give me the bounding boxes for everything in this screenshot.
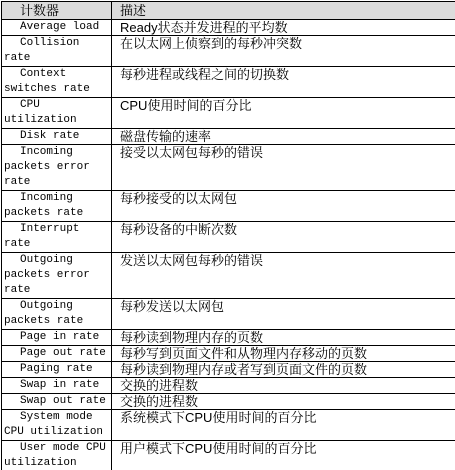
counter-description: 每秒接受的以太网包 xyxy=(112,191,455,222)
counter-description: 用户模式下CPU使用时间的百分比 xyxy=(112,441,455,470)
description-column-header: 描述 xyxy=(112,2,455,20)
counter-name: System mode CPU utilization xyxy=(2,410,112,441)
table-row: User mode CPU utilization 用户模式下CPU使用时间的百… xyxy=(2,441,455,470)
performance-counters-table: 计数器 描述 Average load Ready状态并发进程的平均数 Coll… xyxy=(1,1,455,470)
table-row: Interrupt rate 每秒设备的中断次数 xyxy=(2,222,455,253)
table-body: Average load Ready状态并发进程的平均数 Collision r… xyxy=(2,20,455,470)
counter-name: Disk rate xyxy=(2,129,112,145)
table-row: Average load Ready状态并发进程的平均数 xyxy=(2,20,455,36)
table-row: CPU utilization CPU使用时间的百分比 xyxy=(2,98,455,129)
counter-name: Outgoing packets rate xyxy=(2,299,112,330)
table-row: Collision rate 在以太网上侦察到的每秒冲突数 xyxy=(2,36,455,67)
counter-description: 每秒设备的中断次数 xyxy=(112,222,455,253)
counter-name: Page in rate xyxy=(2,330,112,346)
counter-description: 每秒读到物理内存的页数 xyxy=(112,330,455,346)
counter-name: Average load xyxy=(2,20,112,36)
counter-name: Incoming packets error rate xyxy=(2,145,112,191)
counter-description: CPU使用时间的百分比 xyxy=(112,98,455,129)
table-row: Page in rate 每秒读到物理内存的页数 xyxy=(2,330,455,346)
table-row: Paging rate 每秒读到物理内存或者写到页面文件的页数 xyxy=(2,362,455,378)
counter-description: 每秒进程或线程之间的切换数 xyxy=(112,67,455,98)
counter-description: 磁盘传输的速率 xyxy=(112,129,455,145)
table-header-row: 计数器 描述 xyxy=(2,2,455,20)
counter-name: Outgoing packets error rate xyxy=(2,253,112,299)
table-row: Incoming packets error rate 接受以太网包每秒的错误 xyxy=(2,145,455,191)
table-row: Disk rate 磁盘传输的速率 xyxy=(2,129,455,145)
table-row: Swap in rate 交换的进程数 xyxy=(2,378,455,394)
counter-description: 在以太网上侦察到的每秒冲突数 xyxy=(112,36,455,67)
counter-name: User mode CPU utilization xyxy=(2,441,112,470)
counter-column-header: 计数器 xyxy=(2,2,112,20)
table-row: Outgoing packets rate 每秒发送以太网包 xyxy=(2,299,455,330)
counter-name: Paging rate xyxy=(2,362,112,378)
counter-name: Swap out rate xyxy=(2,394,112,410)
table-row: Page out rate 每秒写到页面文件和从物理内存移动的页数 xyxy=(2,346,455,362)
table-row: Outgoing packets error rate 发送以太网包每秒的错误 xyxy=(2,253,455,299)
counter-description: 每秒读到物理内存或者写到页面文件的页数 xyxy=(112,362,455,378)
table-row: Swap out rate 交换的进程数 xyxy=(2,394,455,410)
table-row: Context switches rate 每秒进程或线程之间的切换数 xyxy=(2,67,455,98)
counter-name: Swap in rate xyxy=(2,378,112,394)
counter-name: Interrupt rate xyxy=(2,222,112,253)
counter-name: Collision rate xyxy=(2,36,112,67)
counter-description: 每秒发送以太网包 xyxy=(112,299,455,330)
table-row: System mode CPU utilization 系统模式下CPU使用时间… xyxy=(2,410,455,441)
table-row: Incoming packets rate 每秒接受的以太网包 xyxy=(2,191,455,222)
counter-description: 系统模式下CPU使用时间的百分比 xyxy=(112,410,455,441)
counter-description: Ready状态并发进程的平均数 xyxy=(112,20,455,36)
counter-description: 交换的进程数 xyxy=(112,394,455,410)
counter-description: 接受以太网包每秒的错误 xyxy=(112,145,455,191)
counter-name: Context switches rate xyxy=(2,67,112,98)
counter-description: 发送以太网包每秒的错误 xyxy=(112,253,455,299)
counter-description: 交换的进程数 xyxy=(112,378,455,394)
counter-description: 每秒写到页面文件和从物理内存移动的页数 xyxy=(112,346,455,362)
counter-name: CPU utilization xyxy=(2,98,112,129)
counter-name: Incoming packets rate xyxy=(2,191,112,222)
counter-name: Page out rate xyxy=(2,346,112,362)
